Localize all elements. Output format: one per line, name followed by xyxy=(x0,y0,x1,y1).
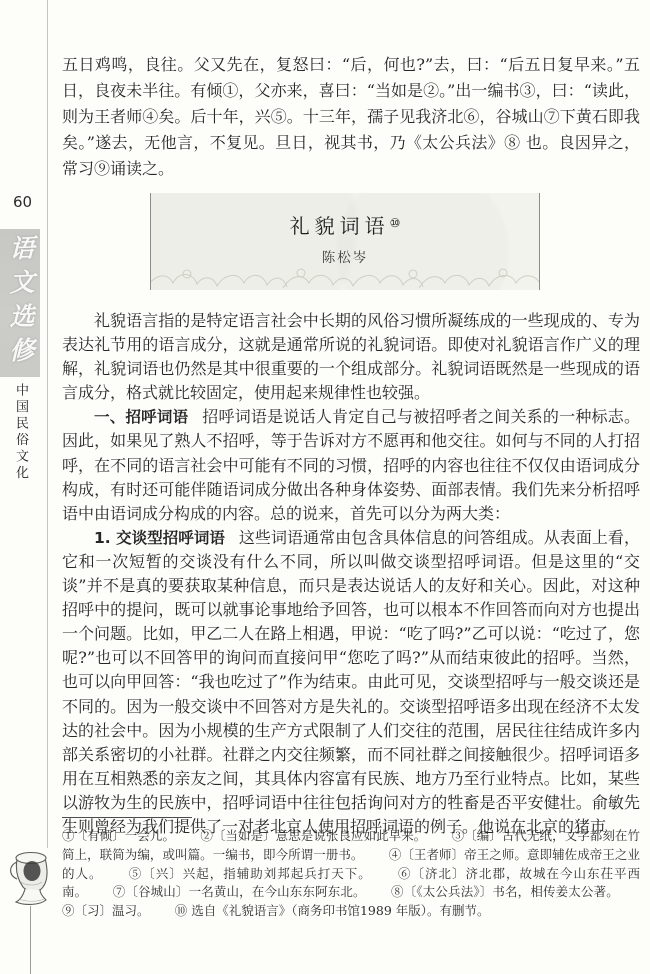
sidebar-divider-line xyxy=(47,0,48,848)
footnote-item: ⑤〔兴〕兴起，指辅助刘邦起兵打天下。 xyxy=(129,866,372,881)
series-banner: 语文选修 xyxy=(0,229,40,377)
footnote-item: ①〔有倾〕一会儿。 xyxy=(62,828,175,843)
article-author: 陈松岑 xyxy=(151,246,539,266)
article-title-box: 礼貌词语⑩ 陈松岑 xyxy=(150,193,540,290)
article-paragraph: 1. 交谈型招呼词语这些词语通常由包含具体信息的问答组成。从表面上看，它和一次短… xyxy=(62,526,640,839)
paragraph-text: 这些词语通常由包含具体信息的问答组成。从表面上看，它和一次短暂的交谈没有什么不同… xyxy=(62,528,640,836)
article-title: 礼貌词语⑩ xyxy=(151,210,539,239)
book-page: { "colors": { "banner_gray": "#c8c8c4", … xyxy=(0,0,650,974)
title-footnote-ref: ⑩ xyxy=(390,216,401,230)
cloud-pattern-decoration xyxy=(151,264,539,290)
series-title-vertical: 中国民俗文化 xyxy=(11,383,30,482)
article-paragraph: 一、招呼词语招呼词语是说话人肯定自己与被招呼者之间关系的一种标志。因此，如果见了… xyxy=(62,405,640,525)
article-body: 礼貌语言指的是特定语言社会中长期的风俗习惯所凝练成的一些现成的、专为表达礼节用的… xyxy=(62,309,640,839)
footnote-separator xyxy=(62,817,192,818)
footnote-item: ⑨〔习〕温习。 xyxy=(62,903,150,918)
intro-paragraph: 五日鸡鸣，良往。父又先在，复怒曰：“后，何也?”去，曰：“后五日复早来。”五日，… xyxy=(62,52,640,182)
footnote-item: ⑦〔谷城山〕一名黄山，在今山东东阿东北。 xyxy=(113,884,366,899)
paragraph-text: 礼貌语言指的是特定语言社会中长期的风俗习惯所凝练成的一些现成的、专为表达礼节用的… xyxy=(62,311,640,402)
page-number: 60 xyxy=(13,193,32,211)
paragraph-lead: 一、招呼词语 xyxy=(94,408,188,426)
footnote-item: ⑩ 选自《礼貌语言》（商务印书馆1989 年版）。有删节。 xyxy=(175,903,490,918)
banner-calligraphy-text: 语文选修 xyxy=(2,234,38,371)
footnote-item: ②〔当如是〕意思是说张良应如此早来。 xyxy=(200,828,426,843)
vessel-illustration xyxy=(6,849,60,907)
footnote-item: ⑧〔《太公兵法》〕书名，相传姜太公著。 xyxy=(391,884,619,899)
seal-hanging-line xyxy=(30,906,31,974)
footnotes-block: ①〔有倾〕一会儿。 ②〔当如是〕意思是说张良应如此早来。 ③〔编〕古代无纸，文字… xyxy=(62,827,640,921)
article-paragraph: 礼貌语言指的是特定语言社会中长期的风俗习惯所凝练成的一些现成的、专为表达礼节用的… xyxy=(62,309,640,405)
paragraph-lead: 1. 交谈型招呼词语 xyxy=(94,529,225,547)
article-title-text: 礼貌词语 xyxy=(290,214,390,238)
